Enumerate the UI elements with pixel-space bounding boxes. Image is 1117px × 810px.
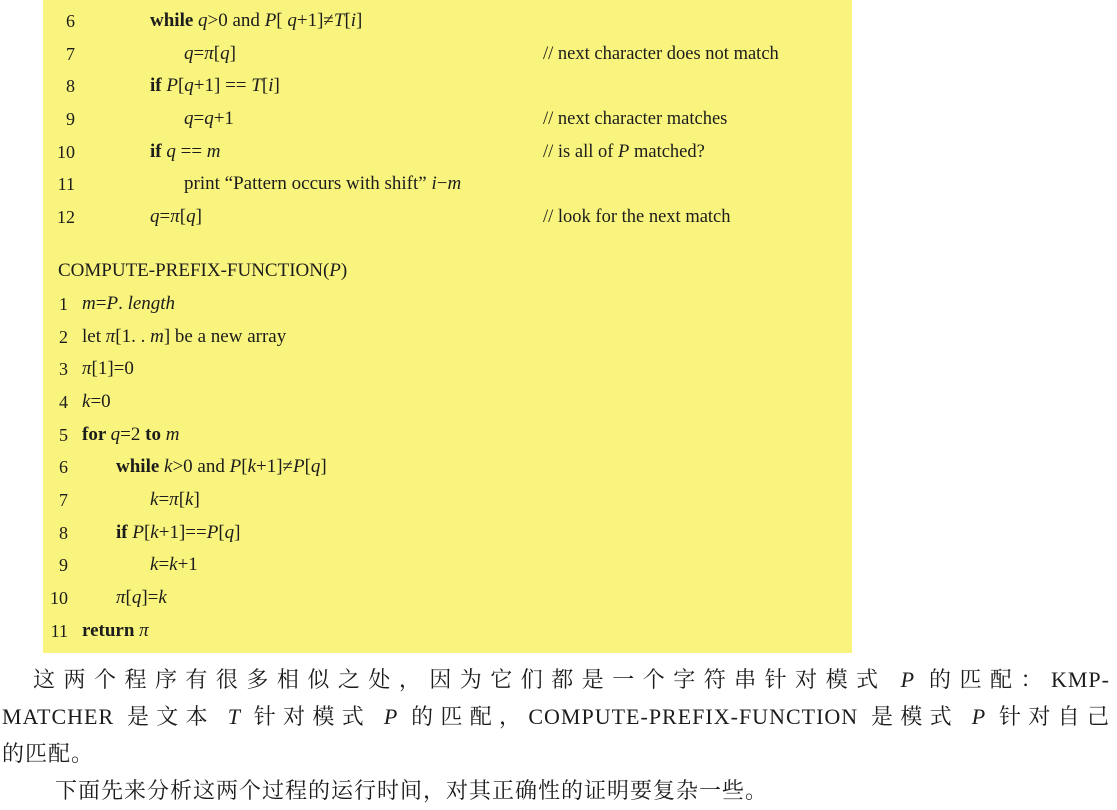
text-segment: to [145, 424, 166, 445]
text-segment: P [329, 260, 341, 281]
text-segment: m [82, 293, 96, 314]
text-segment: ] [234, 522, 240, 543]
procedure-title: COMPUTE-PREFIX-FUNCTION(P) [43, 254, 852, 288]
code-line: 7k=π[k] [43, 484, 852, 517]
text-segment: let [82, 326, 106, 347]
text-segment: +1 [214, 108, 234, 129]
body-text: 这两个程序有很多相似之处，因为它们都是一个字符串针对模式 P 的匹配：KMP-M… [2, 662, 1110, 810]
code-line: 3π[1]=0 [43, 353, 852, 386]
text-segment: ]= [141, 587, 158, 608]
text-segment: MATCHER 是文本 [2, 704, 228, 729]
book-page: 6while q>0 and P[ q+1]≠T[i]7q=π[q]// nex… [0, 0, 1117, 810]
text-segment: if [150, 141, 166, 162]
text-segment: +1] == [194, 75, 251, 96]
text-segment: q [184, 108, 194, 129]
code-text: while k>0 and P[k+1]≠P[q] [116, 451, 327, 484]
text-segment: q [198, 10, 208, 31]
text-segment: q [184, 43, 194, 64]
text-segment: ] be a new array [164, 326, 286, 347]
text-segment: = [160, 206, 171, 227]
text-line: 下面先来分析这两个过程的运行时间，对其正确性的证明要复杂一些。 [2, 773, 1110, 810]
text-segment: +1]≠ [297, 10, 334, 31]
code-text: q=q+1 [184, 103, 234, 136]
line-number: 10 [43, 582, 68, 615]
text-segment: q [184, 75, 194, 96]
line-number: 5 [43, 419, 68, 452]
paragraph-analysis-intro: 下面先来分析这两个过程的运行时间，对其正确性的证明要复杂一些。 [2, 773, 1110, 810]
line-number: 12 [43, 201, 75, 234]
text-segment: COMPUTE-PREFIX-FUNCTION( [58, 260, 329, 281]
line-number: 7 [43, 484, 68, 517]
code-line: 11return π [43, 615, 852, 648]
text-segment: q [311, 456, 321, 477]
code-text: m=P. length [82, 288, 175, 321]
code-text: k=0 [82, 386, 111, 419]
code-text: q=π[q] [184, 38, 236, 71]
text-segment: π [139, 620, 149, 641]
text-segment: q [204, 108, 214, 129]
line-number: 6 [43, 5, 75, 38]
text-segment: if [116, 522, 132, 543]
text-segment: 针对模式 [241, 704, 384, 729]
text-segment: ) [341, 260, 347, 281]
line-number: 8 [43, 517, 68, 550]
text-segment: − [437, 173, 448, 194]
text-segment: π [116, 587, 126, 608]
text-segment: length [128, 293, 176, 314]
text-segment: [1]=0 [92, 358, 134, 379]
compute-prefix-function-lines: 1m=P. length2let π[1. . m] be a new arra… [43, 288, 852, 648]
code-text: k=k+1 [150, 549, 198, 582]
text-segment: . [118, 293, 128, 314]
line-number: 4 [43, 386, 68, 419]
text-segment: m [207, 141, 221, 162]
pseudocode-highlight-block: 6while q>0 and P[ q+1]≠T[i]7q=π[q]// nex… [43, 0, 852, 653]
text-segment: = [194, 43, 205, 64]
text-segment: >0 and [172, 456, 229, 477]
text-segment: π [106, 326, 116, 347]
text-segment: π [169, 489, 179, 510]
text-segment: π [82, 358, 92, 379]
text-segment: T [334, 10, 345, 31]
text-segment: m [150, 326, 164, 347]
text-segment: while [150, 10, 198, 31]
text-segment: q [225, 522, 235, 543]
code-line: 10if q == m// is all of P matched? [43, 136, 852, 169]
text-segment: return [82, 620, 139, 641]
line-number: 9 [43, 103, 75, 136]
code-line: 5for q=2 to m [43, 419, 852, 452]
text-segment: P [384, 704, 398, 729]
text-segment: π [170, 206, 180, 227]
text-segment: [1. . [115, 326, 150, 347]
text-segment: P [901, 667, 915, 692]
code-line: 9q=q+1// next character matches [43, 103, 852, 136]
text-segment: ] [273, 75, 279, 96]
text-segment: = [158, 489, 169, 510]
text-segment: matched? [629, 142, 705, 162]
text-segment: 针对自己 [986, 704, 1110, 729]
code-comment: // look for the next match [543, 201, 731, 234]
text-segment: +1]== [159, 522, 207, 543]
text-segment: P [106, 293, 118, 314]
code-text: k=π[k] [150, 484, 200, 517]
text-segment: q [220, 43, 230, 64]
code-line: 2let π[1. . m] be a new array [43, 321, 852, 354]
text-segment: // next character does not match [543, 44, 779, 64]
kmp-matcher-lines: 6while q>0 and P[ q+1]≠T[i]7q=π[q]// nex… [43, 0, 852, 234]
line-number: 9 [43, 549, 68, 582]
text-segment: P [207, 522, 219, 543]
text-segment: q [186, 206, 196, 227]
text-segment: =2 [120, 424, 145, 445]
code-line: 7q=π[q]// next character does not match [43, 38, 852, 71]
text-segment: = [96, 293, 107, 314]
text-segment: >0 and [208, 10, 265, 31]
code-line: 9k=k+1 [43, 549, 852, 582]
paragraph-comparison: 这两个程序有很多相似之处，因为它们都是一个字符串针对模式 P 的匹配：KMP-M… [2, 662, 1110, 773]
code-line: 8if P[k+1]==P[q] [43, 517, 852, 550]
text-segment: 这两个程序有很多相似之处，因为它们都是一个字符串针对模式 [33, 667, 901, 692]
line-number: 8 [43, 70, 75, 103]
line-number: 1 [43, 288, 68, 321]
code-text: q=π[q] [150, 201, 202, 234]
text-segment: ] [320, 456, 326, 477]
text-segment: while [116, 456, 164, 477]
code-text: if P[k+1]==P[q] [116, 517, 240, 550]
code-line: 4k=0 [43, 386, 852, 419]
text-segment: = [194, 108, 205, 129]
text-segment: P [166, 75, 178, 96]
text-segment: T [228, 704, 241, 729]
text-line: 这两个程序有很多相似之处，因为它们都是一个字符串针对模式 P 的匹配：KMP- [2, 662, 1110, 699]
line-number: 6 [43, 451, 68, 484]
text-segment: q [150, 206, 160, 227]
text-segment: q [166, 141, 176, 162]
text-segment: k [158, 587, 166, 608]
text-segment: ] [230, 43, 236, 64]
code-text: π[1]=0 [82, 353, 134, 386]
text-segment: [ [276, 10, 287, 31]
code-text: print “Pattern occurs with shift” i−m [184, 168, 461, 201]
line-number: 11 [43, 168, 75, 201]
text-segment: = [158, 554, 169, 575]
text-segment: 的匹配。 [2, 741, 94, 766]
text-segment: ] [196, 206, 202, 227]
text-segment: if [150, 75, 166, 96]
code-comment: // next character matches [543, 103, 727, 136]
text-segment: P [132, 522, 144, 543]
text-segment: ] [193, 489, 199, 510]
text-segment: 的匹配，COMPUTE-PREFIX-FUNCTION 是模式 [398, 704, 971, 729]
text-line: MATCHER 是文本 T 针对模式 P 的匹配，COMPUTE-PREFIX-… [2, 699, 1110, 736]
line-number: 7 [43, 38, 75, 71]
text-segment: 下面先来分析这两个过程的运行时间，对其正确性的证明要复杂一些。 [55, 778, 768, 803]
text-segment: T [251, 75, 262, 96]
code-text: while q>0 and P[ q+1]≠T[i] [150, 5, 362, 38]
text-line: 的匹配。 [2, 736, 1110, 773]
code-line: 11print “Pattern occurs with shift” i−m [43, 168, 852, 201]
text-segment: m [447, 173, 461, 194]
text-segment: +1]≠ [256, 456, 293, 477]
code-text: if P[q+1] == T[i] [150, 70, 280, 103]
code-line: 8if P[q+1] == T[i] [43, 70, 852, 103]
code-line: 6while q>0 and P[ q+1]≠T[i] [43, 5, 852, 38]
code-comment: // next character does not match [543, 38, 779, 71]
text-segment: for [82, 424, 111, 445]
text-segment: == [176, 141, 207, 162]
code-line: 6while k>0 and P[k+1]≠P[q] [43, 451, 852, 484]
text-segment: q [287, 10, 297, 31]
text-segment: k [169, 554, 177, 575]
text-segment: P [293, 456, 305, 477]
text-segment: // is all of [543, 142, 618, 162]
line-number: 11 [43, 615, 68, 648]
text-segment: // next character matches [543, 109, 727, 129]
text-segment: =0 [90, 391, 110, 412]
line-number: 3 [43, 353, 68, 386]
code-line: 10π[q]=k [43, 582, 852, 615]
code-text: π[q]=k [116, 582, 167, 615]
text-segment: P [230, 456, 242, 477]
text-segment: P [972, 704, 986, 729]
text-segment: k [248, 456, 256, 477]
line-number: 2 [43, 321, 68, 354]
text-segment: k [150, 522, 158, 543]
text-segment: print “Pattern occurs with shift” [184, 173, 431, 194]
text-segment: π [204, 43, 214, 64]
line-number: 10 [43, 136, 75, 169]
code-text: for q=2 to m [82, 419, 179, 452]
code-comment: // is all of P matched? [543, 136, 705, 169]
text-segment: q [111, 424, 121, 445]
code-text: return π [82, 615, 149, 648]
text-segment: m [166, 424, 180, 445]
code-line: 1m=P. length [43, 288, 852, 321]
code-line: 12q=π[q]// look for the next match [43, 201, 852, 234]
code-text: let π[1. . m] be a new array [82, 321, 286, 354]
text-segment: ] [356, 10, 362, 31]
text-segment: +1 [178, 554, 198, 575]
code-text: if q == m [150, 136, 221, 169]
text-segment: P [618, 142, 629, 162]
text-segment: q [132, 587, 142, 608]
text-segment: P [265, 10, 277, 31]
text-segment: 的匹配：KMP- [915, 667, 1110, 692]
text-segment: // look for the next match [543, 207, 731, 227]
